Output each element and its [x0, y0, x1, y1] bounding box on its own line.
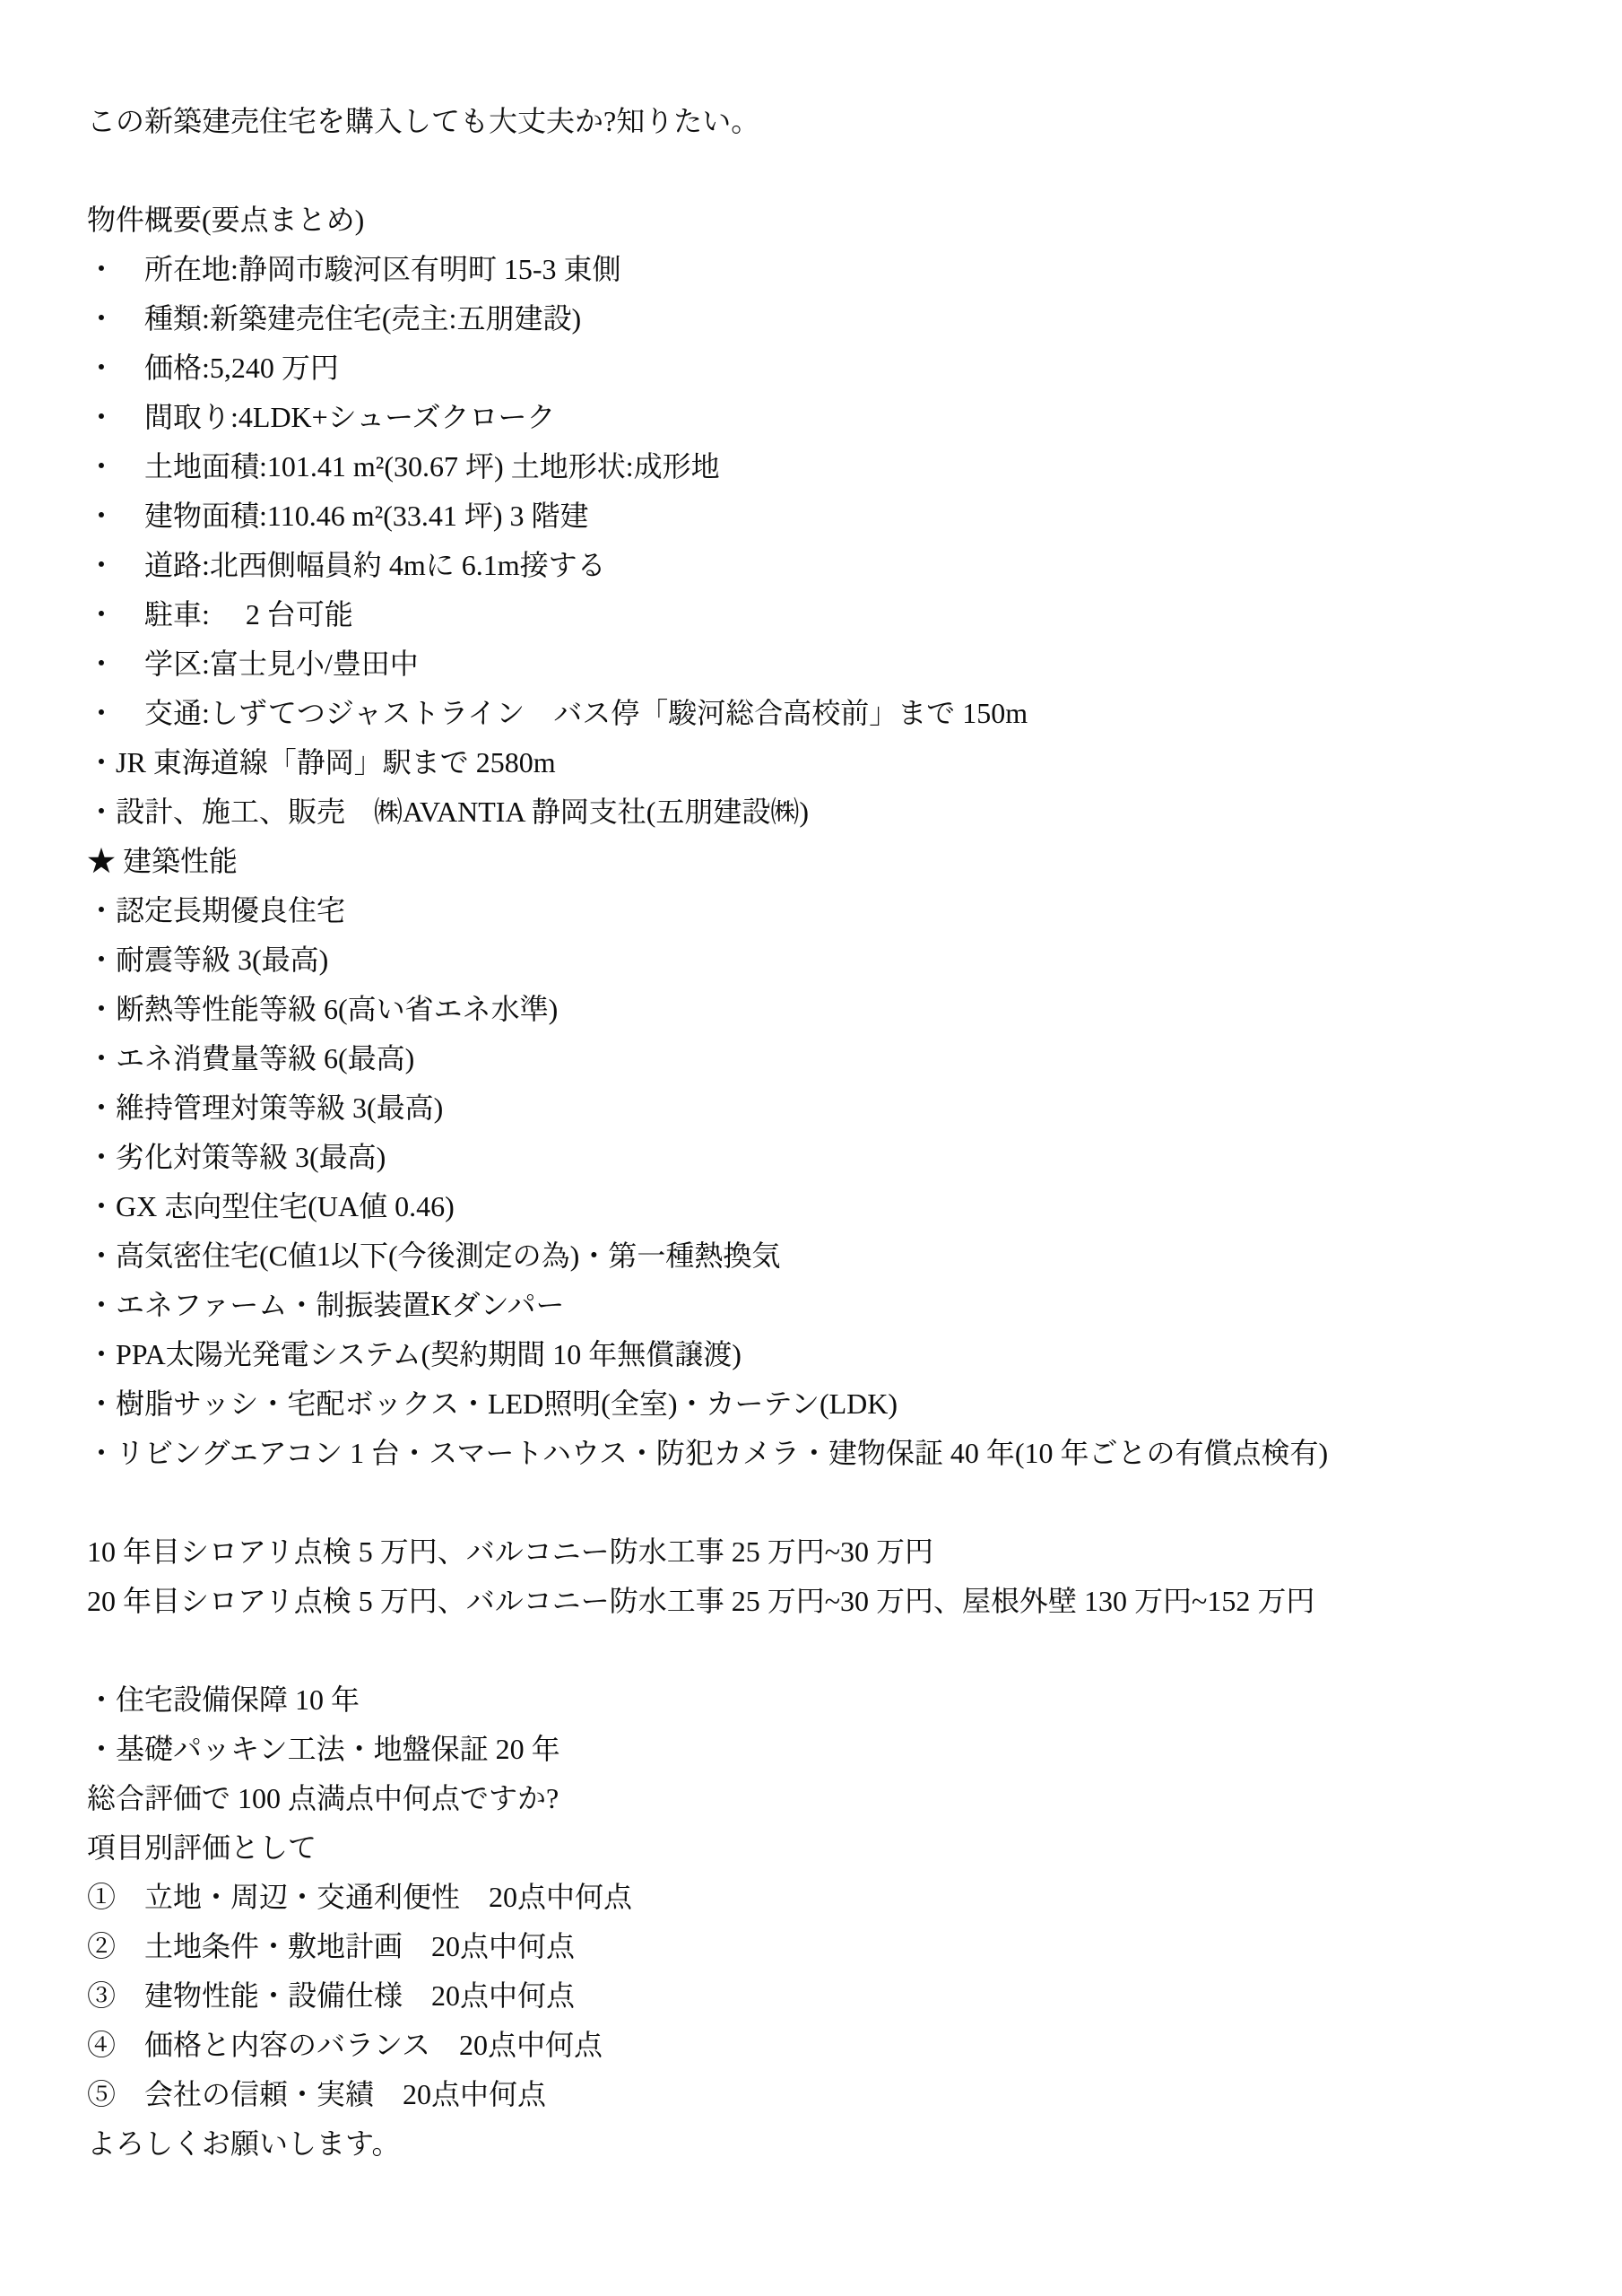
document-page: この新築建売住宅を購入しても大丈夫か?知りたい。 物件概要(要点まとめ) ・ 所… — [0, 0, 1622, 2296]
document-line: ・高気密住宅(C値1以下(今後測定の為)・第一種熱換気 — [87, 1231, 1586, 1281]
document-line: 10 年目シロアリ点検 5 万円、バルコニー防水工事 25 万円~30 万円 — [87, 1527, 1586, 1577]
document-line: ・基礎パッキン工法・地盤保証 20 年 — [87, 1725, 1586, 1774]
document-line: ④ 価格と内容のバランス 20点中何点 — [87, 2021, 1586, 2070]
document-line: 総合評価で 100 点満点中何点ですか? — [87, 1774, 1586, 1823]
document-line: 項目別評価として — [87, 1823, 1586, 1873]
document-line: ・ 所在地:静岡市駿河区有明町 15-3 東側 — [87, 245, 1586, 294]
document-line: ① 立地・周辺・交通利便性 20点中何点 — [87, 1873, 1586, 1922]
document-line: ・ 価格:5,240 万円 — [87, 344, 1586, 393]
document-line: ・エネファーム・制振装置Kダンパー — [87, 1281, 1586, 1330]
document-line: ・ 道路:北西側幅員約 4mに 6.1m接する — [87, 541, 1586, 590]
document-line: ★ 建築性能 — [87, 837, 1586, 886]
document-line: ・住宅設備保障 10 年 — [87, 1675, 1586, 1725]
document-line: ・樹脂サッシ・宅配ボックス・LED照明(全室)・カーテン(LDK) — [87, 1379, 1586, 1429]
document-line: ・耐震等級 3(最高) — [87, 935, 1586, 985]
document-line: ・ 間取り:4LDK+シューズクローク — [87, 393, 1586, 442]
document-line: ・断熱等性能等級 6(高い省エネ水準) — [87, 985, 1586, 1034]
document-line: ・JR 東海道線「静岡」駅まで 2580m — [87, 738, 1586, 787]
document-line — [87, 146, 1586, 196]
document-line — [87, 1626, 1586, 1675]
document-line: ・劣化対策等級 3(最高) — [87, 1133, 1586, 1182]
document-line — [87, 1478, 1586, 1527]
document-line: ② 土地条件・敷地計画 20点中何点 — [87, 1922, 1586, 1971]
document-line: ③ 建物性能・設備仕様 20点中何点 — [87, 1971, 1586, 2021]
document-line: ⑤ 会社の信頼・実績 20点中何点 — [87, 2070, 1586, 2119]
document-line: ・ 土地面積:101.41 m²(30.67 坪) 土地形状:成形地 — [87, 442, 1586, 491]
document-line: ・認定長期優良住宅 — [87, 886, 1586, 935]
document-line: ・ 建物面積:110.46 m²(33.41 坪) 3 階建 — [87, 491, 1586, 541]
document-line: ・ 駐車: 2 台可能 — [87, 590, 1586, 639]
document-line: ・PPA太陽光発電システム(契約期間 10 年無償譲渡) — [87, 1330, 1586, 1379]
document-line: ・維持管理対策等級 3(最高) — [87, 1083, 1586, 1133]
document-line: ・GX 志向型住宅(UA値 0.46) — [87, 1182, 1586, 1231]
document-line: ・エネ消費量等級 6(最高) — [87, 1034, 1586, 1083]
document-line: 20 年目シロアリ点検 5 万円、バルコニー防水工事 25 万円~30 万円、屋… — [87, 1577, 1586, 1626]
document-line: ・ 学区:富士見小/豊田中 — [87, 639, 1586, 689]
document-line: よろしくお願いします。 — [87, 2119, 1586, 2169]
document-line: この新築建売住宅を購入しても大丈夫か?知りたい。 — [87, 97, 1586, 146]
document-line: ・ 交通:しずてつジャストライン バス停「駿河総合高校前」まで 150m — [87, 689, 1586, 738]
document-line: 物件概要(要点まとめ) — [87, 196, 1586, 245]
document-line: ・ 種類:新築建売住宅(売主:五朋建設) — [87, 294, 1586, 344]
document-line: ・設計、施工、販売 ㈱AVANTIA 静岡支社(五朋建設㈱) — [87, 787, 1586, 837]
document-line: ・リビングエアコン 1 台・スマートハウス・防犯カメラ・建物保証 40 年(10… — [87, 1429, 1586, 1478]
document-body: この新築建売住宅を購入しても大丈夫か?知りたい。 物件概要(要点まとめ) ・ 所… — [87, 97, 1586, 2169]
